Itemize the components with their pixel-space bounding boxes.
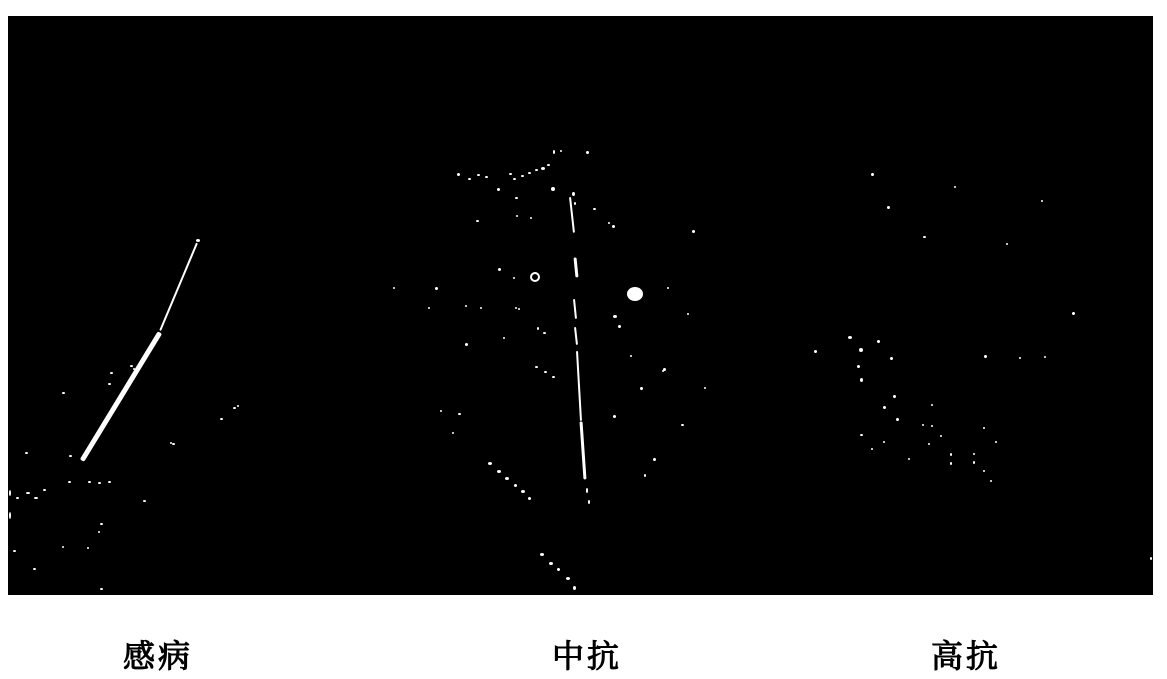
speckle-mark (549, 562, 553, 565)
speckle-mark (928, 443, 930, 445)
speckle-mark (497, 188, 500, 191)
speckle-mark (973, 453, 975, 455)
speckle-mark (535, 366, 538, 368)
speckle-mark (896, 418, 899, 421)
speckle-mark (983, 427, 985, 429)
speckle-mark (62, 392, 65, 394)
speckle-mark (644, 474, 646, 477)
speckle-mark (518, 308, 520, 310)
speckle-mark (440, 410, 442, 412)
speckle-mark (513, 277, 515, 279)
label-moderately-resistant: 中抗 (552, 631, 622, 677)
speckle-mark (69, 455, 72, 457)
speckle-mark (893, 395, 896, 398)
speckle-mark (1072, 312, 1075, 315)
speckle-mark (476, 220, 479, 222)
speckle-mark (458, 413, 461, 415)
speckle-mark (34, 497, 38, 499)
speckle-mark (172, 443, 175, 445)
speckle-mark (9, 490, 11, 496)
speckle-mark (860, 434, 863, 436)
speckle-mark (588, 500, 590, 504)
speckle-mark (528, 497, 531, 500)
speckle-mark (505, 477, 509, 480)
speckle-mark (25, 452, 28, 454)
speckle-mark (557, 568, 560, 571)
speckle-mark (196, 239, 200, 242)
speckle-mark (503, 337, 505, 339)
speckle-mark (704, 387, 706, 389)
speckle-mark (857, 365, 860, 368)
speckle-mark (521, 175, 524, 177)
speckle-mark (630, 355, 632, 357)
speckle-mark (509, 173, 512, 175)
speckle-mark (887, 206, 890, 209)
speckle-mark (87, 547, 89, 549)
speckle-mark (574, 202, 576, 205)
speckle-mark (954, 186, 956, 188)
speckle-mark (393, 287, 395, 289)
speckle-mark (940, 435, 942, 437)
speckle-mark (983, 470, 985, 472)
speckle-mark (100, 588, 103, 590)
photo-panel (8, 16, 1153, 595)
speckle-mark (108, 383, 111, 385)
leaf-vein-streak (80, 331, 162, 462)
speckle-mark (435, 287, 438, 290)
speckle-mark (457, 173, 460, 176)
label-highly-resistant: 高抗 (931, 631, 1001, 677)
speckle-mark (814, 350, 817, 353)
speckle-mark (871, 173, 874, 176)
speckle-mark (108, 481, 111, 483)
speckle-mark (883, 441, 885, 443)
speckle-mark (593, 208, 596, 210)
speckle-mark (640, 387, 643, 390)
speckle-mark (541, 167, 545, 170)
speckle-mark (922, 424, 924, 426)
speckle-mark (498, 268, 501, 271)
speckle-mark (586, 488, 588, 493)
speckle-mark (16, 497, 19, 499)
speckle-mark (618, 325, 621, 328)
speckle-mark (98, 531, 100, 533)
speckle-mark (890, 357, 893, 360)
speckle-mark (692, 230, 695, 233)
speckle-mark (488, 462, 492, 465)
speckle-mark (100, 523, 103, 525)
speckle-mark (883, 406, 886, 409)
speckle-mark (973, 461, 975, 464)
speckle-mark (497, 470, 501, 473)
speckle-mark (877, 340, 880, 343)
leaf-vein-streak (159, 243, 198, 332)
speckle-mark (860, 378, 863, 382)
leaf-vein-streak (574, 257, 579, 277)
speckle-mark (220, 418, 223, 420)
leaf-vein-streak (574, 327, 578, 345)
speckle-mark (521, 490, 525, 493)
speckle-mark (485, 176, 488, 178)
speckle-mark (1044, 356, 1046, 358)
speckle-mark (627, 287, 643, 301)
leaf-vein-streak (580, 421, 587, 479)
speckle-mark (110, 372, 113, 374)
speckle-mark (1019, 357, 1021, 359)
speckle-mark (540, 553, 544, 556)
speckle-mark (480, 307, 482, 309)
speckle-mark (43, 489, 46, 491)
speckle-mark (130, 365, 133, 367)
speckle-mark (931, 425, 933, 427)
speckle-mark (1041, 200, 1043, 202)
speckle-mark (237, 405, 239, 407)
leaf-vein-streak (573, 299, 577, 319)
speckle-mark (88, 481, 91, 483)
speckle-mark (1150, 557, 1152, 560)
speckle-mark (528, 172, 531, 174)
speckle-mark (687, 313, 689, 315)
speckle-mark (530, 217, 532, 219)
leaf-vein-streak (576, 351, 582, 421)
speckle-mark (513, 178, 516, 180)
speckle-mark (950, 453, 952, 456)
speckle-mark (143, 500, 146, 502)
speckle-mark (544, 371, 547, 373)
speckle-mark (9, 512, 11, 519)
speckle-mark (514, 484, 517, 487)
label-susceptible: 感病 (123, 631, 193, 677)
speckle-mark (62, 546, 64, 548)
speckle-mark (553, 150, 555, 154)
speckle-mark (68, 481, 71, 483)
speckle-mark (586, 151, 589, 154)
speckle-mark (608, 222, 610, 224)
speckle-mark (552, 376, 555, 378)
ring-speckle (530, 272, 540, 282)
speckle-mark (667, 287, 669, 289)
speckle-mark (515, 307, 517, 309)
speckle-mark (33, 568, 36, 570)
speckle-mark (662, 370, 664, 372)
speckle-mark (931, 404, 933, 406)
speckle-mark (1006, 243, 1008, 245)
speckle-mark (468, 178, 471, 180)
speckle-mark (560, 150, 562, 152)
speckle-mark (537, 327, 539, 330)
speckle-mark (612, 225, 615, 228)
speckle-mark (515, 197, 518, 199)
speckle-mark (572, 192, 575, 196)
speckle-mark (613, 315, 617, 318)
speckle-mark (13, 550, 16, 552)
speckle-mark (551, 187, 555, 191)
speckle-mark (950, 462, 952, 465)
speckle-mark (535, 169, 538, 171)
speckle-mark (233, 407, 236, 409)
speckle-mark (477, 174, 480, 176)
speckle-mark (984, 355, 987, 358)
speckle-mark (871, 448, 873, 450)
speckle-mark (848, 336, 852, 339)
speckle-mark (566, 577, 570, 580)
speckle-mark (547, 164, 550, 166)
speckle-mark (990, 480, 992, 482)
speckle-mark (98, 482, 101, 484)
speckle-mark (923, 236, 926, 238)
speckle-mark (452, 432, 454, 434)
speckle-mark (465, 343, 468, 346)
speckle-mark (543, 332, 546, 334)
speckle-mark (859, 348, 863, 352)
speckle-mark (516, 215, 518, 217)
speckle-mark (653, 458, 656, 461)
speckle-mark (428, 307, 430, 309)
speckle-mark (26, 492, 30, 494)
speckle-mark (681, 424, 684, 426)
speckle-mark (573, 586, 576, 590)
speckle-mark (465, 305, 467, 307)
speckle-mark (995, 441, 997, 443)
speckle-mark (613, 415, 616, 418)
speckle-mark (170, 442, 172, 444)
speckle-mark (908, 458, 910, 460)
